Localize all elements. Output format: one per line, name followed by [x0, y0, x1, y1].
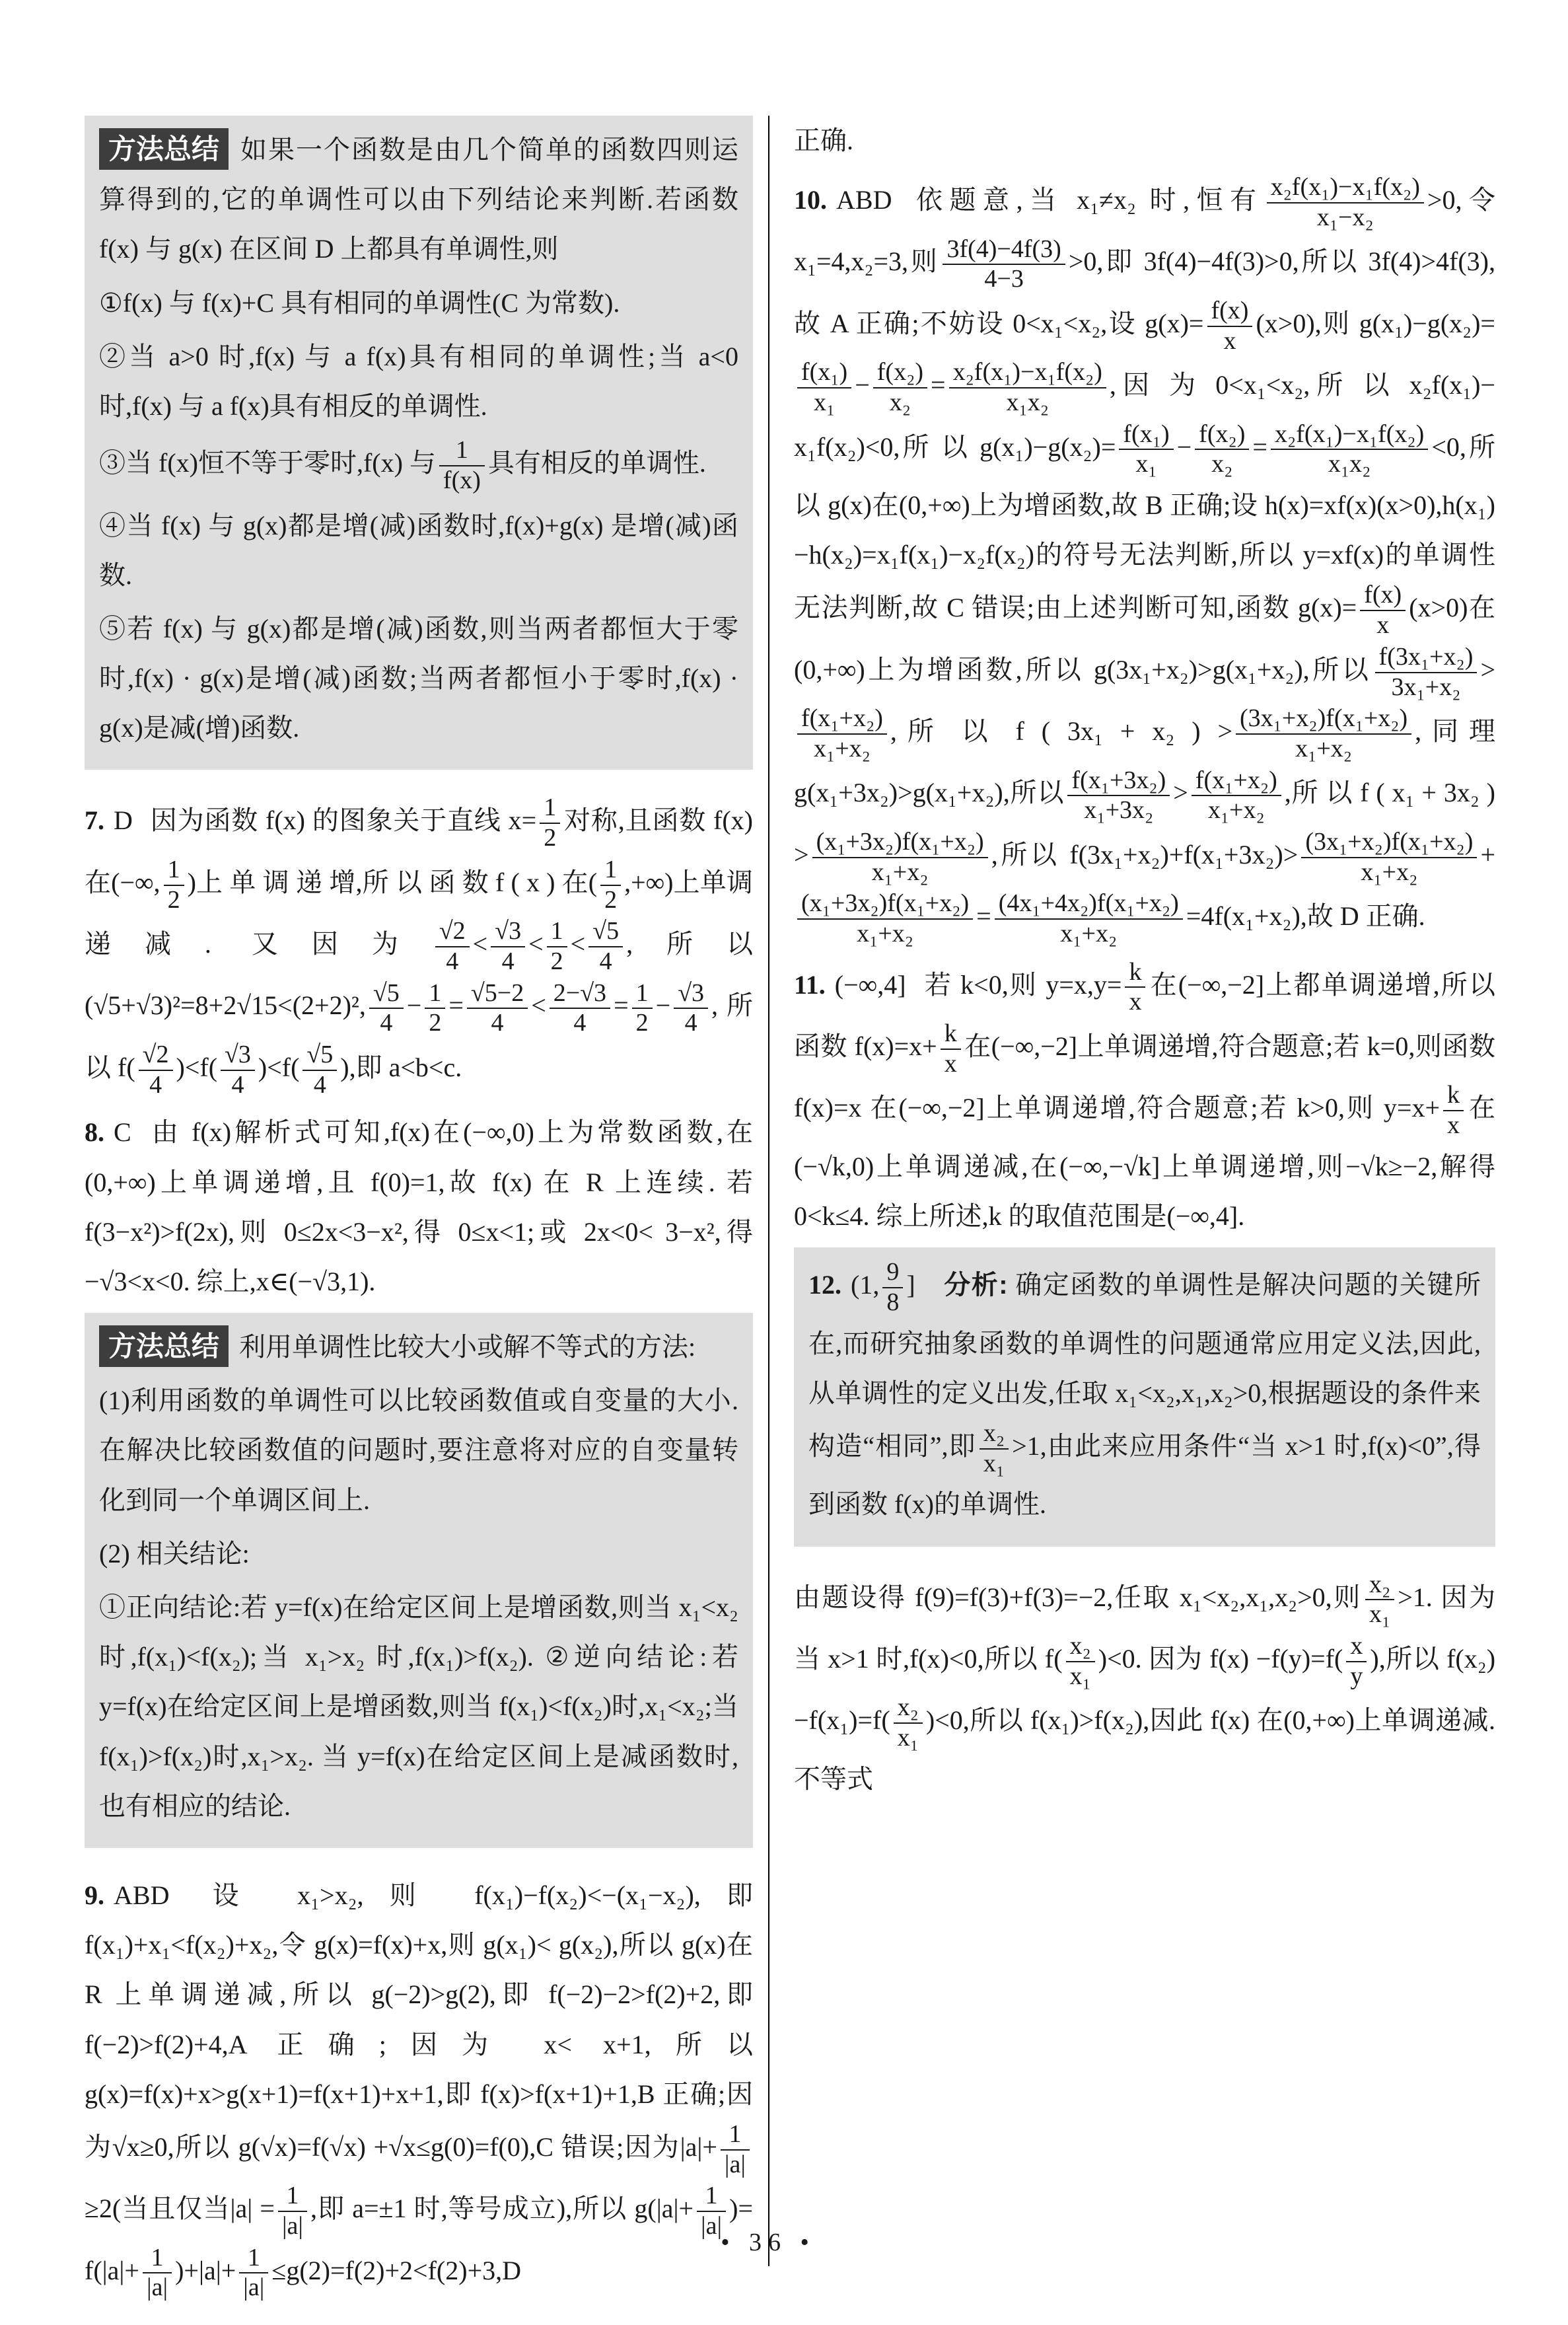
solution-item-11: 11.(−∞,4]若 k<0,则 y=x,y=kx在(−∞,−2]上都单调递增,…: [794, 957, 1495, 1241]
item-7-number: 7.: [85, 805, 104, 835]
method-box-2-point-3: ①正向结论:若 y=f(x)在给定区间上是增函数,则当 x₁<x₂ 时,f(x₁…: [99, 1582, 738, 1831]
item-12-analysis-body: 确定函数的单调性是解决问题的关键所在,而研究抽象函数的单调性的问题通常应用定义法…: [808, 1270, 1481, 1519]
solution-item-7: 7.D因为函数 f(x) 的图象关于直线 x=12对称,且函数 f(x)在(−∞…: [85, 792, 753, 1101]
item-12-number: 12.: [808, 1270, 841, 1300]
item-11-body: 若 k<0,则 y=x,y=kx在(−∞,−2]上都单调递增,所以函数 f(x)…: [794, 970, 1495, 1231]
item-8-number: 8.: [85, 1117, 104, 1147]
right-column: 正确. 10.ABD依题意,当 x₁≠x₂ 时,恒有x₂f(x₁)−x₁f(x₂…: [794, 116, 1495, 1810]
item-7-answer: D: [114, 805, 133, 835]
item-12-solution-text: 由题设得 f(9)=f(3)+f(3)=−2,任取 x₁<x₂,x₁,x₂>0,…: [794, 1569, 1495, 1804]
item-9-answer: ABD: [114, 1880, 169, 1910]
method-box-1-point-5: ⑤若 f(x) 与 g(x)都是增(减)函数,则当两者都恒大于零时,f(x) ·…: [99, 604, 738, 753]
analysis-label: 分析:: [943, 1271, 1008, 1300]
method-box-1-point-4: ④当 f(x) 与 g(x)都是增(减)函数时,f(x)+g(x) 是增(减)函…: [99, 501, 738, 600]
item-10-answer: ABD: [836, 185, 892, 215]
method-box-2-text: 利用单调性比较大小或解不等式的方法:: [239, 1332, 695, 1362]
item-8-answer: C: [114, 1117, 131, 1147]
item-8-body: 由 f(x)解析式可知,f(x)在(−∞,0)上为常数函数,在 (0,+∞)上单…: [85, 1117, 753, 1296]
method-summary-label: 方法总结: [99, 1325, 229, 1367]
method-box-1-point-3: ③当 f(x)恒不等于零时,f(x) 与1f(x)具有相反的单调性.: [99, 435, 738, 496]
item-9-body: 设 x₁>x₂,则 f(x₁)−f(x₂)<−(x₁−x₂),即 f(x₁)+x…: [85, 1880, 753, 2285]
item-9-number: 9.: [85, 1880, 104, 1910]
item-7-body: 因为函数 f(x) 的图象关于直线 x=12对称,且函数 f(x)在(−∞,12…: [85, 805, 753, 1082]
item-11-answer: (−∞,4]: [835, 970, 906, 1000]
page-number: • 36 •: [636, 2228, 900, 2257]
left-column: 方法总结如果一个函数是由几个简单的函数四则运算得到的,它的单调性可以由下列结论来…: [85, 116, 753, 2310]
solution-item-8: 8.C由 f(x)解析式可知,f(x)在(−∞,0)上为常数函数,在 (0,+∞…: [85, 1107, 753, 1306]
method-box-1-point-2: ②当 a>0 时,f(x) 与 a f(x)具有相同的单调性;当 a<0 时,f…: [99, 332, 738, 431]
analysis-box-item-12: 12.(1,98]分析:确定函数的单调性是解决问题的关键所在,而研究抽象函数的单…: [794, 1247, 1495, 1546]
method-box-2-paragraph: 方法总结利用单调性比较大小或解不等式的方法:: [99, 1322, 738, 1372]
item-11-number: 11.: [794, 970, 826, 1000]
column-divider: [768, 116, 769, 2266]
method-summary-box-2: 方法总结利用单调性比较大小或解不等式的方法: (1)利用函数的单调性可以比较函数…: [85, 1313, 753, 1848]
item-10-body: 依题意,当 x₁≠x₂ 时,恒有x₂f(x₁)−x₁f(x₂)x₁−x₂>0,令…: [794, 185, 1495, 931]
solution-item-12: 12.(1,98]分析:确定函数的单调性是解决问题的关键所在,而研究抽象函数的单…: [808, 1257, 1481, 1529]
method-box-1-paragraph: 方法总结如果一个函数是由几个简单的函数四则运算得到的,它的单调性可以由下列结论来…: [99, 125, 738, 274]
solution-item-10: 10.ABD依题意,当 x₁≠x₂ 时,恒有x₂f(x₁)−x₁f(x₂)x₁−…: [794, 172, 1495, 950]
method-summary-box-1: 方法总结如果一个函数是由几个简单的函数四则运算得到的,它的单调性可以由下列结论来…: [85, 116, 753, 770]
item-12-answer: (1,98]: [851, 1270, 915, 1300]
method-box-1-point-1: ①f(x) 与 f(x)+C 具有相同的单调性(C 为常数).: [99, 278, 738, 328]
method-summary-label: 方法总结: [99, 128, 229, 170]
item-10-number: 10.: [794, 185, 827, 215]
method-box-2-point-2: (2) 相关结论:: [99, 1529, 738, 1578]
method-box-2-point-1: (1)利用函数的单调性可以比较函数值或自变量的大小. 在解决比较函数值的问题时,…: [99, 1376, 738, 1525]
carryover-text: 正确.: [794, 116, 1495, 165]
